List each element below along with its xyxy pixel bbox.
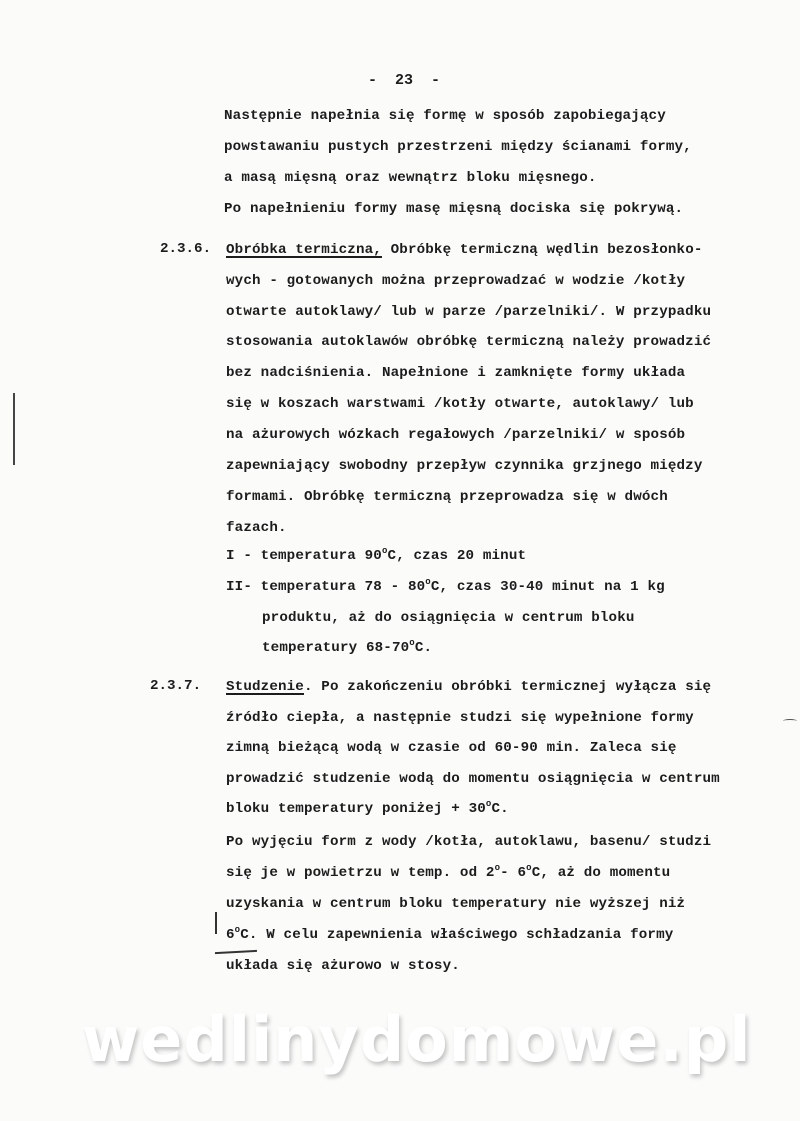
intro-line: a masą mięsną oraz wewnątrz bloku mięsne… [224,169,597,187]
handwritten-bar-mark [215,912,217,934]
body-line: bloku temperatury poniżej + 30oC. [226,800,509,818]
body-line: formami. Obróbkę termiczną przeprowadza … [226,488,668,506]
section-title: Studzenie [226,679,304,695]
body-line: prowadzić studzenie wodą do momentu osią… [226,770,720,788]
phase-line: II- temperatura 78 - 80oC, czas 30-40 mi… [226,578,665,596]
phase-line: produktu, aż do osiągnięcia w centrum bl… [262,609,635,627]
watermark: wedlinydomowe.pl [82,1003,751,1076]
document-page: - 23 - Następnie napełnia się formę w sp… [0,0,800,1121]
body-line: zapewniający swobodny przepływ czynnika … [226,457,703,475]
section-number: 2.3.7. [150,678,201,694]
body-line: się je w powietrzu w temp. od 2o- 6oC, a… [226,864,670,882]
intro-line: Po napełnieniu formy masę mięsną dociska… [224,200,683,218]
body-line: źródło ciepła, a następnie studzi się wy… [226,709,694,727]
body-line: stosowania autoklawów obróbkę termiczną … [226,333,711,351]
body-line: Po wyjęciu form z wody /kotła, autoklawu… [226,833,711,851]
phase-line: temperatury 68-70oC. [262,639,432,657]
section-heading-line: Obróbka termiczna, Obróbkę termiczną węd… [226,241,703,259]
intro-line: Następnie napełnia się formę w sposób za… [224,107,666,125]
section-heading-line: Studzenie. Po zakończeniu obróbki termic… [226,678,711,696]
body-line: układa się ażurowo w stosy. [226,957,460,975]
handwritten-underline-mark [215,950,257,955]
margin-pen-mark [13,393,15,465]
section-number: 2.3.6. [160,241,211,257]
section-title: Obróbka termiczna, [226,242,382,258]
intro-line: powstawaniu pustych przestrzeni między ś… [224,138,692,156]
page-number: - 23 - [368,72,440,89]
body-line: zimną bieżącą wodą w czasie od 60-90 min… [226,739,677,757]
body-line: 6oC. W celu zapewnienia właściwego schła… [226,926,673,944]
body-line: się w koszach warstwami /kotły otwarte, … [226,395,694,413]
body-line: uzyskania w centrum bloku temperatury ni… [226,895,685,913]
body-line: otwarte autoklawy/ lub w parze /parzelni… [226,303,711,321]
body-line: na ażurowych wózkach regałowych /parzeln… [226,426,685,444]
body-line: fazach. [226,519,287,537]
body-line: bez nadciśnienia. Napełnione i zamknięte… [226,364,685,382]
phase-line: I - temperatura 90oC, czas 20 minut [226,547,526,565]
margin-pen-mark [783,719,797,723]
body-line: wych - gotowanych można przeprowadzać w … [226,272,685,290]
